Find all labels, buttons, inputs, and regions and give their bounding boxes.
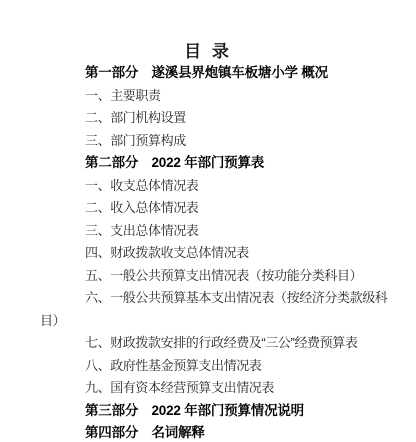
toc-item: 七、财政拨款安排的行政经费及“三公”经费预算表 (40, 332, 416, 355)
toc-part-heading-1: 第一部分 遂溪县界炮镇车板塘小学 概况 (40, 62, 416, 85)
toc-item: 一、主要职责 (40, 85, 416, 108)
document-page: 目 录 第一部分 遂溪县界炮镇车板塘小学 概况 一、主要职责 二、部门机构设置 … (0, 0, 416, 442)
toc-item: 五、一般公共预算支出情况表（按功能分类科目） (40, 265, 416, 288)
toc-item: 二、部门机构设置 (40, 107, 416, 130)
toc-item: 八、政府性基金预算支出情况表 (40, 355, 416, 378)
toc-part-heading-4: 第四部分 名词解释 (40, 422, 416, 442)
toc-item: 六、一般公共预算基本支出情况表（按经济分类款级科 (40, 287, 416, 310)
toc-item-continuation: 目） (40, 310, 416, 333)
page-title: 目 录 (0, 0, 416, 62)
toc-item: 二、收入总体情况表 (40, 197, 416, 220)
toc-item: 三、支出总体情况表 (40, 220, 416, 243)
toc-item: 四、财政拨款收支总体情况表 (40, 242, 416, 265)
toc-part-heading-3: 第三部分 2022 年部门预算情况说明 (40, 400, 416, 423)
toc-item: 一、收支总体情况表 (40, 175, 416, 198)
toc-item: 九、国有资本经营预算支出情况表 (40, 377, 416, 400)
toc-item: 三、部门预算构成 (40, 130, 416, 153)
toc-part-heading-2: 第二部分 2022 年部门预算表 (40, 152, 416, 175)
toc-list: 第一部分 遂溪县界炮镇车板塘小学 概况 一、主要职责 二、部门机构设置 三、部门… (0, 62, 416, 442)
